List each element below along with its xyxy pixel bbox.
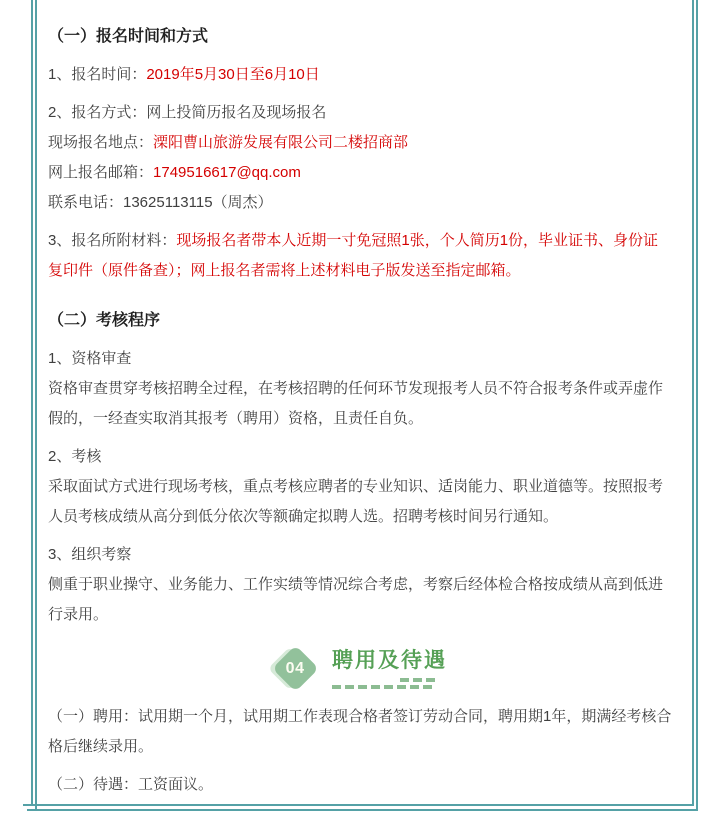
frame-border-bottom-inner	[23, 804, 694, 806]
subsection-heading-registration: （一）报名时间和方式	[48, 26, 672, 48]
frame-border-bottom-outer	[27, 809, 698, 811]
assessment-step2-title: 2、考核	[48, 442, 672, 472]
registration-site-line: 现场报名地点：溧阳曹山旅游发展有限公司二楼招商部	[48, 128, 672, 158]
registration-time-value: 2019年5月30日至6月10日	[146, 66, 319, 83]
registration-site-label: 现场报名地点：	[48, 134, 153, 151]
subsection-heading-assessment: （二）考核程序	[48, 310, 672, 332]
assessment-step1-body: 资格审查贯穿考核招聘全过程，在考核招聘的任何环节发现报考人员不符合报考条件或弄虚…	[48, 374, 672, 434]
registration-site-value: 溧阳曹山旅游发展有限公司二楼招商部	[153, 134, 408, 151]
employment-hire-paragraph: （一）聘用：试用期一个月，试用期工作表现合格者签订劳动合同，聘用期1年，期满经考…	[48, 702, 672, 762]
registration-email-label: 网上报名邮箱：	[48, 164, 153, 181]
assessment-step3-body: 侧重于职业操守、业务能力、工作实绩等情况综合考虑，考察后经体检合格按成绩从高到低…	[48, 570, 672, 630]
section-number: 04	[286, 659, 305, 677]
registration-method-line: 2、报名方式：网上投简历报名及现场报名	[48, 98, 672, 128]
registration-materials-label: 3、报名所附材料：	[48, 232, 176, 249]
section-number-diamond-badge: 04	[272, 645, 319, 692]
assessment-step3-title: 3、组织考察	[48, 540, 672, 570]
section-header-employment: 04 聘用及待遇	[48, 642, 672, 694]
article-content: （一）报名时间和方式 1、报名时间：2019年5月30日至6月10日 2、报名方…	[48, 0, 672, 800]
assessment-step1-title: 1、资格审查	[48, 344, 672, 374]
dashed-underline-decoration	[332, 679, 436, 689]
frame-border-right-outer	[696, 0, 698, 811]
frame-border-right-inner	[692, 0, 694, 806]
registration-materials-paragraph: 3、报名所附材料：现场报名者带本人近期一寸免冠照1张，个人简历1份，毕业证书、身…	[48, 226, 672, 286]
frame-border-left-inner	[31, 0, 33, 806]
registration-email-value: 1749516617@qq.com	[153, 164, 301, 181]
registration-email-line: 网上报名邮箱：1749516617@qq.com	[48, 158, 672, 188]
assessment-step2-body: 采取面试方式进行现场考核，重点考核应聘者的专业知识、适岗能力、职业道德等。按照报…	[48, 472, 672, 532]
frame-border-left-outer	[35, 0, 37, 811]
registration-time-line: 1、报名时间：2019年5月30日至6月10日	[48, 60, 672, 90]
registration-phone-line: 联系电话：13625113115（周杰）	[48, 188, 672, 218]
section-title: 聘用及待遇	[332, 648, 447, 674]
section-title-block: 聘用及待遇	[332, 648, 447, 689]
registration-time-label: 1、报名时间：	[48, 66, 146, 83]
employment-salary-paragraph: （二）待遇：工资面议。	[48, 770, 672, 800]
